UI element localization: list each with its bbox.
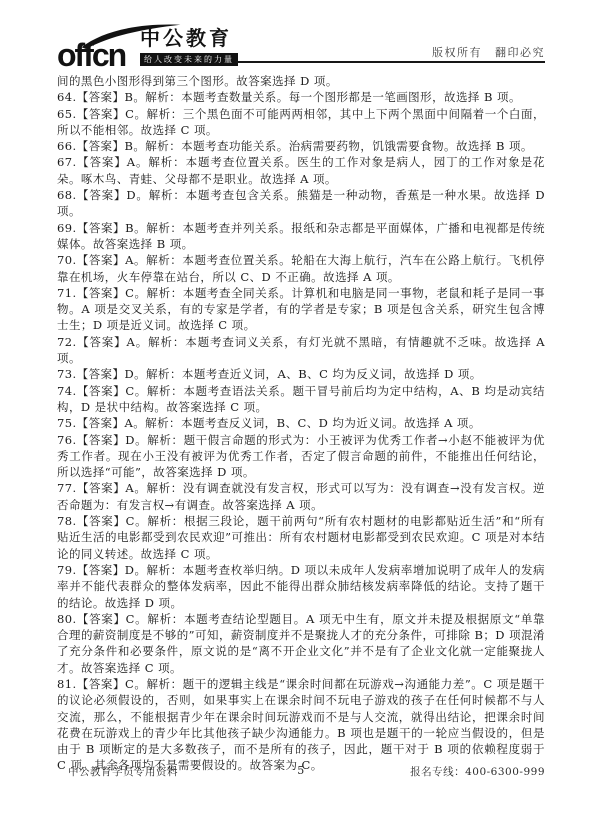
intro-line: 间的黑色小图形得到第三个图形。故答案选择 D 项。 bbox=[57, 73, 545, 89]
answers-list: 间的黑色小图形得到第三个图形。故答案选择 D 项。 64.【答案】B。解析：本题… bbox=[57, 73, 545, 774]
answer-item-68: 68.【答案】D。解析：本题考查包含关系。熊猫是一种动物，香蕉是一种水果。故选择… bbox=[57, 187, 545, 220]
logo-tagline: 给人改变未来的力量 bbox=[140, 53, 238, 66]
answer-item-67: 67.【答案】A。解析：本题考查位置关系。医生的工作对象是病人，园丁的工作对象是… bbox=[57, 154, 545, 187]
answer-item-72: 72.【答案】A。解析：本题考查词义关系，有灯光就不黑暗，有情趣就不乏味。故选择… bbox=[57, 334, 545, 367]
answer-item-65: 65.【答案】C。解析：三个黑色面不可能两两相邻，其中上下两个黑面中间隔着一个白… bbox=[57, 106, 545, 139]
copyright-left: 版权所有 bbox=[432, 46, 482, 59]
page-number: 5 bbox=[297, 764, 305, 777]
answer-item-78: 78.【答案】C。解析：根据三段论，题干前两句“所有农村题材的电影都贴近生活”和… bbox=[57, 513, 545, 562]
answer-item-76: 76.【答案】D。解析：题干假言命题的形式为：小王被评为优秀工作者→小赵不能被评… bbox=[57, 432, 545, 481]
document-page: offcn 中公教育 给人改变未来的力量 版权所有翻印必究 间的黑色小图形得到第… bbox=[0, 0, 600, 815]
answer-item-75: 75.【答案】A。解析：本题考查反义词，B、C、D 均为近义词。故选择 A 项。 bbox=[57, 415, 545, 431]
copyright-notice: 版权所有翻印必究 bbox=[432, 44, 545, 60]
copyright-right: 翻印必究 bbox=[495, 46, 545, 59]
offcn-logo: offcn 中公教育 给人改变未来的力量 bbox=[57, 27, 233, 69]
answer-item-71: 71.【答案】C。解析：本题考查全同关系。计算机和电脑是同一事物，老鼠和耗子是同… bbox=[57, 285, 545, 334]
answer-item-79: 79.【答案】D。解析：本题考查枚举归纳。D 项以未成年人发病率增加说明了成年人… bbox=[57, 562, 545, 611]
answer-item-70: 70.【答案】A。解析：本题考查位置关系。轮船在大海上航行，汽车在公路上航行。飞… bbox=[57, 252, 545, 285]
answer-item-69: 69.【答案】B。解析：本题考查并列关系。报纸和杂志都是平面媒体，广播和电视都是… bbox=[57, 220, 545, 253]
footer-materials-label: 中公教育学员专用资料 bbox=[68, 764, 178, 779]
footer-hotline: 报名专线：400-6300-999 bbox=[410, 764, 545, 779]
answer-item-77: 77.【答案】A。解析：没有调查就没有发言权，形式可以写为：没有调查→没有发言权… bbox=[57, 480, 545, 513]
answer-item-66: 66.【答案】B。解析：本题考查功能关系。治病需要药物，饥饿需要食物。故选择 B… bbox=[57, 138, 545, 154]
answer-item-81: 81.【答案】C。解析：题干的逻辑主线是“课余时间都在玩游戏→沟通能力差”。C … bbox=[57, 676, 545, 774]
logo-brand-cn: 中公教育 bbox=[140, 29, 232, 49]
answer-item-73: 73.【答案】D。解析：本题考查近义词，A、B、C 均为反义词，故选择 D 项。 bbox=[57, 366, 545, 382]
answer-item-64: 64.【答案】B。解析：本题考查数量关系。每一个图形都是一笔画图形，故选择 B … bbox=[57, 89, 545, 105]
answer-item-74: 74.【答案】C。解析：本题考查语法关系。题干冒号前后均为定中结构，A、B 均是… bbox=[57, 383, 545, 416]
footer: 中公教育学员专用资料 5 报名专线：400-6300-999 bbox=[57, 764, 545, 780]
header-rule bbox=[236, 61, 545, 63]
logo-brand-latin: offcn bbox=[57, 39, 125, 71]
answer-item-80: 80.【答案】C。解析：本题考查结论型题目。A 项无中生有，原文并未提及根据原文… bbox=[57, 611, 545, 676]
